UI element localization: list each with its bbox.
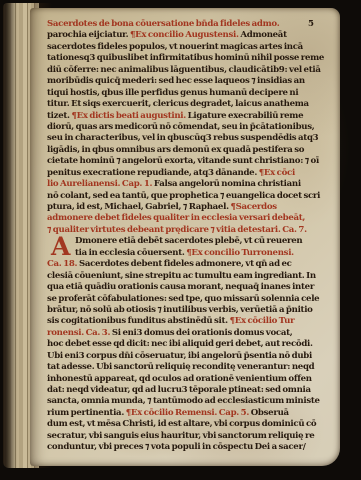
text-line: ptura, id est, Michael, Gabriel, ⁊ Rapha… [47, 202, 328, 213]
text-line: brātur, nō solū ab otiosis ⁊ inutilibus … [47, 305, 328, 316]
body-text-segment: inhonestū appareat, qd oculos ad oration… [47, 374, 312, 384]
text-line: secratur, vbi sanguis eius hauritur, vbi… [47, 431, 328, 442]
folio-number: 5 [308, 19, 328, 30]
body-text-segment: tat adesse. Ubi sanctorū reliquię recond… [47, 362, 314, 372]
book-photo: Sacerdotes de bona cōuersatione bn̄da fi… [0, 0, 361, 480]
text-line: dum est, vt mēsa Christi, id est altare,… [47, 419, 328, 430]
body-text-segment: tationesq3 quibuslibet infirmitatibus ho… [47, 53, 324, 63]
body-text-segment: cietate hominū ⁊ angelorū exorta, vitand… [47, 156, 319, 166]
text-line: qua etiā quādiu orationis causa morant̄,… [47, 282, 328, 293]
body-text-segment: Obseruā [251, 408, 289, 418]
body-text-segment: tizet. [47, 111, 71, 121]
text-line: seu in characteribus, vel in qbuscūq3 re… [47, 133, 328, 144]
text-line: conduntur, vbi preces ⁊ vota populi in c… [47, 442, 328, 453]
text-line: rium pertinentia. ¶Ex cōcilio Remensi. C… [47, 408, 328, 419]
body-text-segment: Ubi eni3 corpus dn̄i cōseruatur, ibi ang… [47, 351, 312, 361]
body-text-segment: diū cōferre: nec animalibus lāguentibus,… [47, 65, 321, 75]
text-line: sacerdotes fideles populos, vt nouerint … [47, 42, 328, 53]
body-text-segment: Falsa angelorū nomina christiani [154, 179, 301, 189]
text-line: se proferāt cōfabulationes: sed tpe, quo… [47, 294, 328, 305]
text-line: tat adesse. Ubi sanctorū reliquię recond… [47, 362, 328, 373]
text-line: moribūdis quicq̄ mederi: sed hec esse la… [47, 76, 328, 87]
text-line: nō colant, sed ea tantū, que prophetica … [47, 191, 328, 202]
body-text-segment: parochia eijciatur. [47, 30, 130, 40]
body-text-segment: brātur, nō solū ab otiosis ⁊ inutilibus … [47, 305, 313, 315]
body-text-segment: qua etiā quādiu orationis causa morant̄,… [47, 282, 314, 292]
body-text-segment: ligādis, in qbus omnibus ars demonū ex q… [47, 145, 304, 155]
body-text-segment: conduntur, vbi preces ⁊ vota populi in c… [47, 442, 306, 452]
rubric-text: Ca. 18. [47, 259, 79, 269]
text-line: clesiā cōueniunt, sine strepitu ac tumul… [47, 271, 328, 282]
rubric-text: ¶Ex cōcilio Tur [230, 316, 295, 326]
body-text-segment: ptura, id est, Michael, Gabriel, ⁊ Rapha… [47, 202, 230, 212]
body-text-segment: tiqui hostis, qbus ille perfidus genus h… [47, 88, 298, 98]
text-line: lio Aurelianensi. Cap. 1. Falsa angelorū… [47, 179, 328, 190]
body-text-segment: sacerdotes fideles populos, vt nouerint … [47, 42, 303, 52]
text-line: cietate hominū ⁊ angelorū exorta, vitand… [47, 156, 328, 167]
body-text-segment: hoc debet esse qd dicit̄: nec ibi aliqui… [47, 339, 313, 349]
text-line: sis cogitationibus funditus abstinēdū si… [47, 316, 328, 327]
text-line: penitus execratione repudiande, atq3 dān… [47, 168, 328, 179]
text-line: tizet. ¶Ex dictis beati augustini. Ligat… [47, 111, 328, 122]
drop-cap-initial: A [47, 235, 74, 258]
text-line: tiqui hostis, qbus ille perfidus genus h… [47, 88, 328, 99]
body-text-segment: sancta, omnia munda, ⁊ tantūmodo ad eccl… [47, 396, 320, 406]
body-text-segment: rium pertinentia. [47, 408, 126, 418]
text-line: parochia eijciatur. ¶Ex concilio Auguste… [47, 30, 328, 41]
text-line: Dmonere etiā debēt sacerdotes plebē, vt … [47, 236, 328, 247]
rubric-text: ¶Sacerdos [230, 202, 276, 212]
text-line: ligādis, in qbus omnibus ars demonū ex q… [47, 145, 328, 156]
body-text-segment: tia in ecclesia cōuersent. [75, 248, 186, 258]
body-text-segment: penitus execratione repudiande, atq3 dān… [47, 168, 259, 178]
body-text: A parochia eijciatur. ¶Ex concilio Augus… [47, 30, 328, 453]
text-line: diorū, quas ars medicorū nō cōmendat, se… [47, 122, 328, 133]
rubric-text: ¶Ex concilio Turronensi. [186, 248, 294, 258]
text-line: tationesq3 quibuslibet infirmitatibus ho… [47, 53, 328, 64]
text-line: Ubi eni3 corpus dn̄i cōseruatur, ibi ang… [47, 351, 328, 362]
body-text-segment: nō colant, sed ea tantū, que prophetica … [47, 191, 320, 201]
body-text-segment: titur. Et siqs exercuerit, clericus degr… [47, 99, 309, 109]
text-line: titur. Et siqs exercuerit, clericus degr… [47, 99, 328, 110]
body-text-segment: secratur, vbi sanguis eius hauritur, vbi… [47, 431, 314, 441]
body-text-segment: sis cogitationibus funditus abstinēdū si… [47, 316, 230, 326]
rubric-text: ronensi. Ca. 3. [47, 328, 112, 338]
running-head-row: Sacerdotes de bona cōuersatione bn̄da fi… [47, 19, 328, 30]
text-line: dat: neqd videatur, qd ad lucru3 tēporal… [47, 385, 328, 396]
text-line: admonere debet fideles qualiter in eccle… [47, 213, 328, 224]
rubric-text: ¶Ex cōcilio Remensi. Cap. 5. [126, 408, 251, 418]
body-text-segment: se proferāt cōfabulationes: sed tpe, quo… [47, 294, 319, 304]
body-text-segment: seu in characteribus, vel in qbuscūq3 re… [47, 133, 318, 143]
text-line: diū cōferre: nec animalibus lāguentibus,… [47, 65, 328, 76]
body-text-segment: Admoneāt [240, 30, 286, 40]
text-line: Ca. 18. Sacerdotes debent fideles admone… [47, 259, 328, 270]
body-text-segment: dum est, vt mēsa Christi, id est altare,… [47, 419, 316, 429]
body-text-segment: clesiā cōueniunt, sine strepitu ac tumul… [47, 271, 316, 281]
text-line: sancta, omnia munda, ⁊ tantūmodo ad eccl… [47, 396, 328, 407]
rubric-text: ⁊ qualiter virtutes debeant prędicare ⁊ … [47, 225, 307, 235]
text-line: tia in ecclesia cōuersent. ¶Ex concilio … [47, 248, 328, 259]
text-block: Sacerdotes de bona cōuersatione bn̄da fi… [47, 19, 328, 454]
body-text-segment: Ligature execrabiliū reme [188, 111, 304, 121]
rubric-text: admonere debet fideles qualiter in eccle… [47, 213, 305, 223]
rubric-text: ¶Ex cōci [259, 168, 295, 178]
body-text-segment: dat: neqd videatur, qd ad lucru3 tēporal… [47, 385, 311, 395]
running-head: Sacerdotes de bona cōuersatione bn̄da fi… [47, 19, 279, 30]
body-text-segment: moribūdis quicq̄ mederi: sed hec esse la… [47, 76, 305, 86]
body-text-segment: Dmonere etiā debēt sacerdotes plebē, vt … [75, 236, 302, 246]
rubric-text: ¶Ex dictis beati augustini. [71, 111, 187, 121]
text-line: ronensi. Ca. 3. Si eni3 domus dei oratio… [47, 328, 328, 339]
body-text-segment: Sacerdotes debent fideles admonere, vt q… [79, 259, 292, 269]
book-page: Sacerdotes de bona cōuersatione bn̄da fi… [30, 8, 340, 466]
text-line: hoc debet esse qd dicit̄: nec ibi aliqui… [47, 339, 328, 350]
body-text-segment: diorū, quas ars medicorū nō cōmendat, se… [47, 122, 314, 132]
rubric-text: ¶Ex concilio Augustensi. [130, 30, 240, 40]
text-line: inhonestū appareat, qd oculos ad oration… [47, 374, 328, 385]
text-line: ⁊ qualiter virtutes debeant prędicare ⁊ … [47, 225, 328, 236]
rubric-text: lio Aurelianensi. Cap. 1. [47, 179, 154, 189]
body-text-segment: Si eni3 domus dei orationis domus vocat̄… [112, 328, 293, 338]
